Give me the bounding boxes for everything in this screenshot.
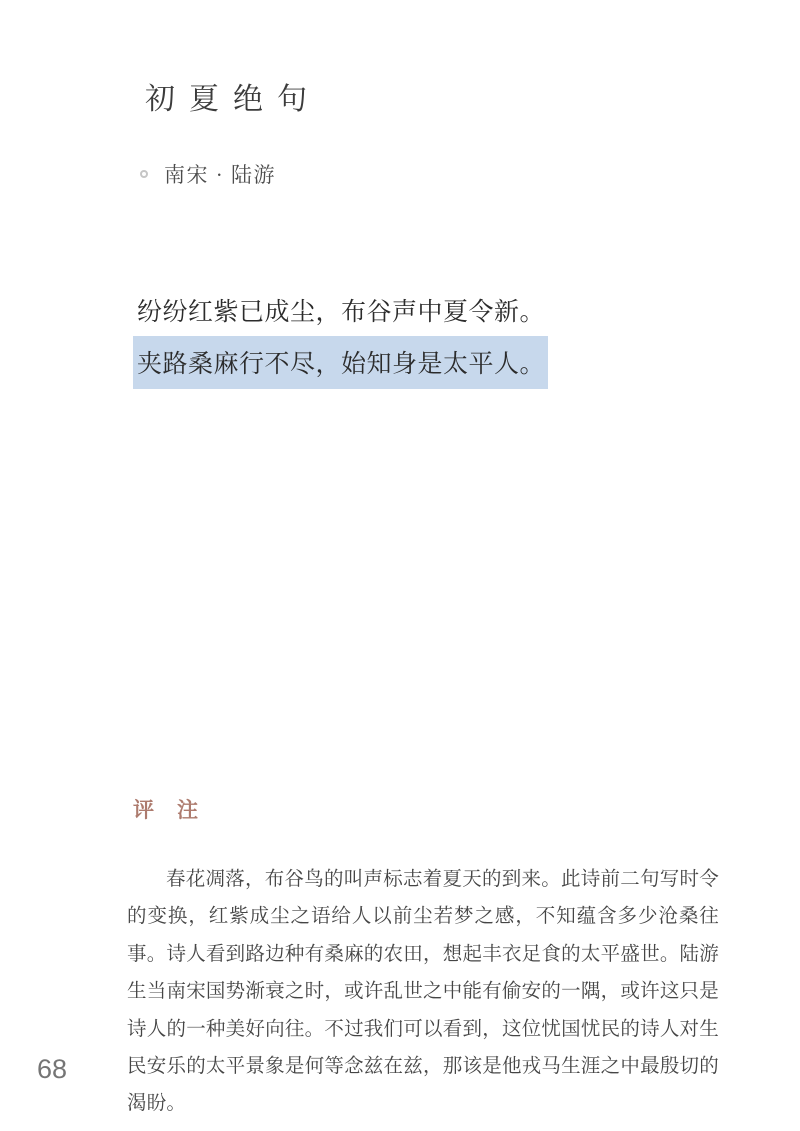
byline: 南宋 · 陆游 (140, 162, 276, 186)
poem-line-1-text: 纷纷红紫已成尘，布谷声中夏令新。 (133, 287, 548, 334)
commentary-paragraph: 春花凋落，布谷鸟的叫声标志着夏天的到来。此诗前二句写时令的变换，红紫成尘之语给人… (127, 861, 719, 1123)
bullet-ring-icon (140, 170, 148, 178)
poem-title: 初夏绝句 (145, 74, 321, 118)
poem-author: 南宋 · 陆游 (164, 159, 276, 189)
book-page: 初夏绝句 南宋 · 陆游 纷纷红紫已成尘，布谷声中夏令新。 夹路桑麻行不尽，始知… (0, 0, 800, 1131)
poem-line-2-highlighted: 夹路桑麻行不尽，始知身是太平人。 (133, 336, 548, 385)
commentary-heading: 评 注 (133, 794, 199, 824)
poem-body: 纷纷红紫已成尘，布谷声中夏令新。 夹路桑麻行不尽，始知身是太平人。 (133, 287, 548, 385)
poem-line-highlighted-text: 夹路桑麻行不尽，始知身是太平人。 (133, 336, 548, 389)
page-number: 68 (37, 1054, 67, 1085)
poem-line-1: 纷纷红紫已成尘，布谷声中夏令新。 (133, 287, 548, 336)
